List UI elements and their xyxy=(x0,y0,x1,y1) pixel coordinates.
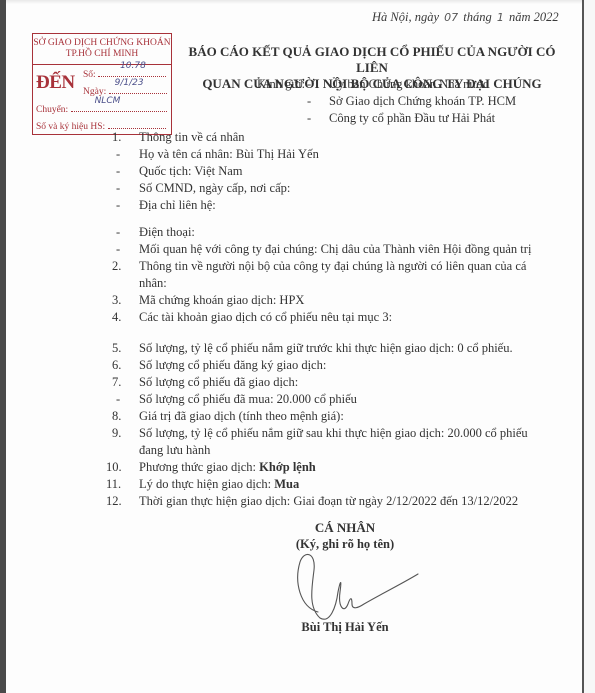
scan-left-border xyxy=(0,0,6,693)
document-page: Hà Nội, ngày 07 tháng 1 năm 2022 SỞ GIAO… xyxy=(0,0,595,693)
spacer xyxy=(112,214,552,224)
item-text: Điện thoại: xyxy=(139,225,195,239)
stamp-org-line2: TP.HỒ CHÍ MINH xyxy=(33,49,171,60)
item-label: Phương thức giao dịch: xyxy=(139,460,259,474)
item-number: 8. xyxy=(112,408,121,425)
item-text: Mã chứng khoán giao dịch: HPX xyxy=(139,293,304,307)
stamp-den: ĐẾN xyxy=(36,72,75,94)
recipients-label: Kính gửi: xyxy=(257,76,305,93)
section-traded-value: 8.Giá trị đã giao dịch (tính theo mệnh g… xyxy=(112,408,552,425)
item-text: Thông tin về người nội bộ của công ty đạ… xyxy=(139,259,526,273)
signer-name: Bùi Thị Hải Yến xyxy=(270,620,420,635)
section-period: 12.Thời gian thực hiện giao dịch: Giai đ… xyxy=(112,493,552,510)
handwritten-signature-icon xyxy=(290,552,450,627)
item-text: Địa chỉ liên hệ: xyxy=(139,198,216,212)
item-text: nhân: xyxy=(139,276,167,290)
item-text: Mối quan hệ với công ty đại chúng: Chị d… xyxy=(139,242,531,256)
item-bullet: - xyxy=(116,241,120,258)
item-text: Số lượng cổ phiếu đăng ký giao dịch: xyxy=(139,358,326,372)
item-number: 12. xyxy=(106,493,122,510)
item-text: Các tài khoản giao dịch có cổ phiếu nêu … xyxy=(139,310,392,324)
report-title-line1: BÁO CÁO KẾT QUẢ GIAO DỊCH CỔ PHIẾU CỦA N… xyxy=(172,44,572,76)
scan-top-shadow xyxy=(0,0,595,4)
stamp-org-line1: SỞ GIAO DỊCH CHỨNG KHOÁN xyxy=(33,38,171,49)
item-number: 2. xyxy=(112,258,121,275)
item-number: 4. xyxy=(112,309,121,326)
field-address: -Địa chỉ liên hệ: xyxy=(112,197,552,214)
recipient-item: -Ủy ban Chứng khoán Nhà nước xyxy=(307,76,488,93)
stamp-chuyen-value: NLCM xyxy=(95,96,121,106)
item-text: Số CMND, ngày cấp, nơi cấp: xyxy=(139,181,290,195)
item-bullet: - xyxy=(116,224,120,241)
section-method: 10.Phương thức giao dịch: Khớp lệnh xyxy=(112,459,552,476)
dateline-prefix: Hà Nội, ngày xyxy=(372,10,439,24)
section-accounts: 4.Các tài khoản giao dịch có cổ phiếu nê… xyxy=(112,309,552,326)
dateline: Hà Nội, ngày 07 tháng 1 năm 2022 xyxy=(372,10,559,25)
item-bullet: - xyxy=(116,391,120,408)
recipient-item: -Sở Giao dịch Chứng khoán TP. HCM xyxy=(307,93,516,110)
section-insider-info: 2.Thông tin về người nội bộ của công ty … xyxy=(112,258,552,275)
dateline-year: năm 2022 xyxy=(509,10,559,24)
item-text: Số lượng cổ phiếu đã giao dịch: xyxy=(139,375,298,389)
item-text: Họ và tên cá nhân: Bùi Thị Hải Yến xyxy=(139,147,319,161)
field-full-name: -Họ và tên cá nhân: Bùi Thị Hải Yến xyxy=(112,146,552,163)
recipient-name: Công ty cổ phần Đầu tư Hải Phát xyxy=(329,111,495,125)
item-bullet: - xyxy=(116,146,120,163)
field-relationship: -Mối quan hệ với công ty đại chúng: Chị … xyxy=(112,241,552,258)
dateline-month: 1 xyxy=(497,11,504,24)
recipient-name: Ủy ban Chứng khoán Nhà nước xyxy=(329,77,488,91)
item-number: 5. xyxy=(112,340,121,357)
stamp-so-value: 10.78 xyxy=(120,61,146,71)
stamp-chuyen-label: Chuyển: xyxy=(36,105,68,115)
item-value: Mua xyxy=(274,477,299,491)
received-stamp: SỞ GIAO DỊCH CHỨNG KHOÁN TP.HỒ CHÍ MINH … xyxy=(32,33,172,135)
section-personal-info: 1.Thông tin về cá nhân xyxy=(112,129,552,146)
stamp-kyhieu-label: Số và ký hiệu HS: xyxy=(36,122,105,132)
stamp-ngay-value: 9/1/23 xyxy=(115,78,144,88)
section-registered-qty: 6.Số lượng cổ phiếu đăng ký giao dịch: xyxy=(112,357,552,374)
stamp-chuyen-row: Chuyển: NLCM xyxy=(36,102,167,115)
item-text: Số lượng cổ phiếu đã mua: 20.000 cổ phiế… xyxy=(139,392,357,406)
dateline-month-label: tháng xyxy=(463,10,491,24)
scan-right-margin xyxy=(584,0,595,693)
item-bullet: - xyxy=(116,163,120,180)
item-number: 9. xyxy=(112,425,121,442)
item-bullet: - xyxy=(116,180,120,197)
signature-role: CÁ NHÂN xyxy=(270,520,420,536)
item-text: Số lượng, tỷ lệ cổ phiếu nắm giữ sau khi… xyxy=(139,426,528,440)
item-number: 6. xyxy=(112,357,121,374)
field-id-card: -Số CMND, ngày cấp, nơi cấp: xyxy=(112,180,552,197)
field-bought-qty: -Số lượng cổ phiếu đã mua: 20.000 cổ phi… xyxy=(112,391,552,408)
dateline-day: 07 xyxy=(444,11,458,24)
item-text: Thời gian thực hiện giao dịch: Giai đoạn… xyxy=(139,494,518,508)
item-number: 3. xyxy=(112,292,121,309)
section-ticker: 3.Mã chứng khoán giao dịch: HPX xyxy=(112,292,552,309)
item-bullet: - xyxy=(116,197,120,214)
item-number: 1. xyxy=(112,129,121,146)
recipient-name: Sở Giao dịch Chứng khoán TP. HCM xyxy=(329,94,516,108)
section-reason: 11.Lý do thực hiện giao dịch: Mua xyxy=(112,476,552,493)
spacer xyxy=(112,326,552,340)
item-number: 11. xyxy=(106,476,121,493)
item-text: Thông tin về cá nhân xyxy=(139,130,245,144)
item-text: đang lưu hành xyxy=(139,443,210,457)
section-insider-info-cont: nhân: xyxy=(112,275,552,292)
stamp-org: SỞ GIAO DỊCH CHỨNG KHOÁN TP.HỒ CHÍ MINH xyxy=(33,34,171,65)
recipient-item: -Công ty cổ phần Đầu tư Hải Phát xyxy=(307,110,495,127)
report-body: 1.Thông tin về cá nhân -Họ và tên cá nhâ… xyxy=(112,129,552,510)
field-phone: -Điện thoại: xyxy=(112,224,552,241)
item-number: 10. xyxy=(106,459,122,476)
signature-block: CÁ NHÂN (Ký, ghi rõ họ tên) xyxy=(270,520,420,552)
item-text: Giá trị đã giao dịch (tính theo mệnh giá… xyxy=(139,409,344,423)
section-holding-before: 5.Số lượng, tỷ lệ cổ phiếu nắm giữ trước… xyxy=(112,340,552,357)
section-traded-qty: 7.Số lượng cổ phiếu đã giao dịch: xyxy=(112,374,552,391)
section-holding-after: 9.Số lượng, tỷ lệ cổ phiếu nắm giữ sau k… xyxy=(112,425,552,442)
section-holding-after-cont: đang lưu hành xyxy=(112,442,552,459)
item-value: Khớp lệnh xyxy=(259,460,316,474)
item-text: Quốc tịch: Việt Nam xyxy=(139,164,243,178)
field-nationality: -Quốc tịch: Việt Nam xyxy=(112,163,552,180)
item-label: Lý do thực hiện giao dịch: xyxy=(139,477,274,491)
item-text: Số lượng, tỷ lệ cổ phiếu nắm giữ trước k… xyxy=(139,341,513,355)
signature-note: (Ký, ghi rõ họ tên) xyxy=(270,536,420,552)
stamp-so-label: Số: xyxy=(83,70,96,80)
item-number: 7. xyxy=(112,374,121,391)
